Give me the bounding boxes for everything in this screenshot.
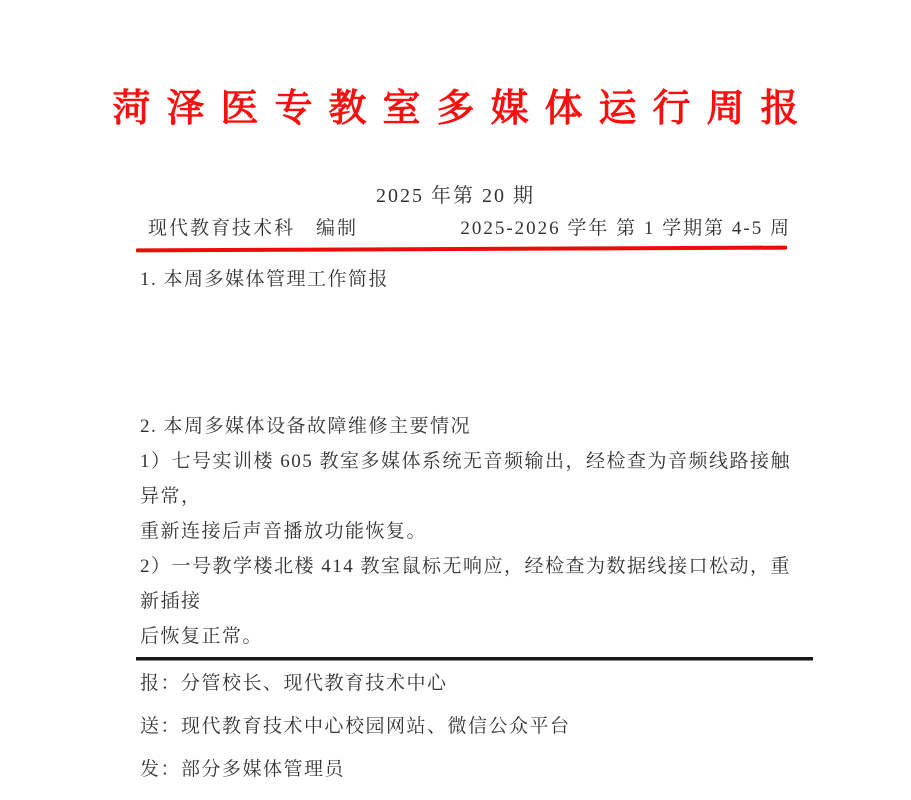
term-week-label: 2025-2026 学年 第 1 学期第 4-5 周 xyxy=(460,216,791,241)
page-title: 菏泽医专教室多媒体运行周报 xyxy=(0,0,911,134)
distribution-issue-line: 发：部分多媒体管理员 xyxy=(140,748,911,791)
section-1-heading: 1. 本周多媒体管理工作简报 xyxy=(140,267,911,292)
fault-item-1-line-2: 重新连接后声音播放功能恢复。 xyxy=(140,514,795,549)
fault-item-2-line-1: 2）一号教学楼北楼 414 教室鼠标无响应，经检查为数据线接口松动，重新插接 xyxy=(140,549,795,619)
distribution-report-line: 报：分管校长、现代教育技术中心 xyxy=(140,662,911,705)
meta-row: 现代教育技术科 编制 2025-2026 学年 第 1 学期第 4-5 周 xyxy=(148,216,791,241)
distribution-send-line: 送：现代教育技术中心校园网站、微信公众平台 xyxy=(140,705,911,748)
distribution-list: 报：分管校长、现代教育技术中心 送：现代教育技术中心校园网站、微信公众平台 发：… xyxy=(140,662,911,791)
section-2-fault-repairs: 2. 本周多媒体设备故障维修主要情况 1）七号实训楼 605 教室多媒体系统无音… xyxy=(140,409,795,654)
section-2-heading: 2. 本周多媒体设备故障维修主要情况 xyxy=(140,409,795,444)
fault-item-1-line-1: 1）七号实训楼 605 教室多媒体系统无音频输出，经检查为音频线路接触异常， xyxy=(140,444,795,514)
black-divider-rule xyxy=(136,657,813,661)
fault-item-2-line-2: 后恢复正常。 xyxy=(140,619,795,654)
weekly-report-page: 菏泽医专教室多媒体运行周报 2025 年第 20 期 现代教育技术科 编制 20… xyxy=(0,0,911,800)
issue-number: 2025 年第 20 期 xyxy=(0,183,911,209)
red-divider-rule xyxy=(136,246,787,253)
compiled-by-label: 现代教育技术科 编制 xyxy=(148,216,358,241)
